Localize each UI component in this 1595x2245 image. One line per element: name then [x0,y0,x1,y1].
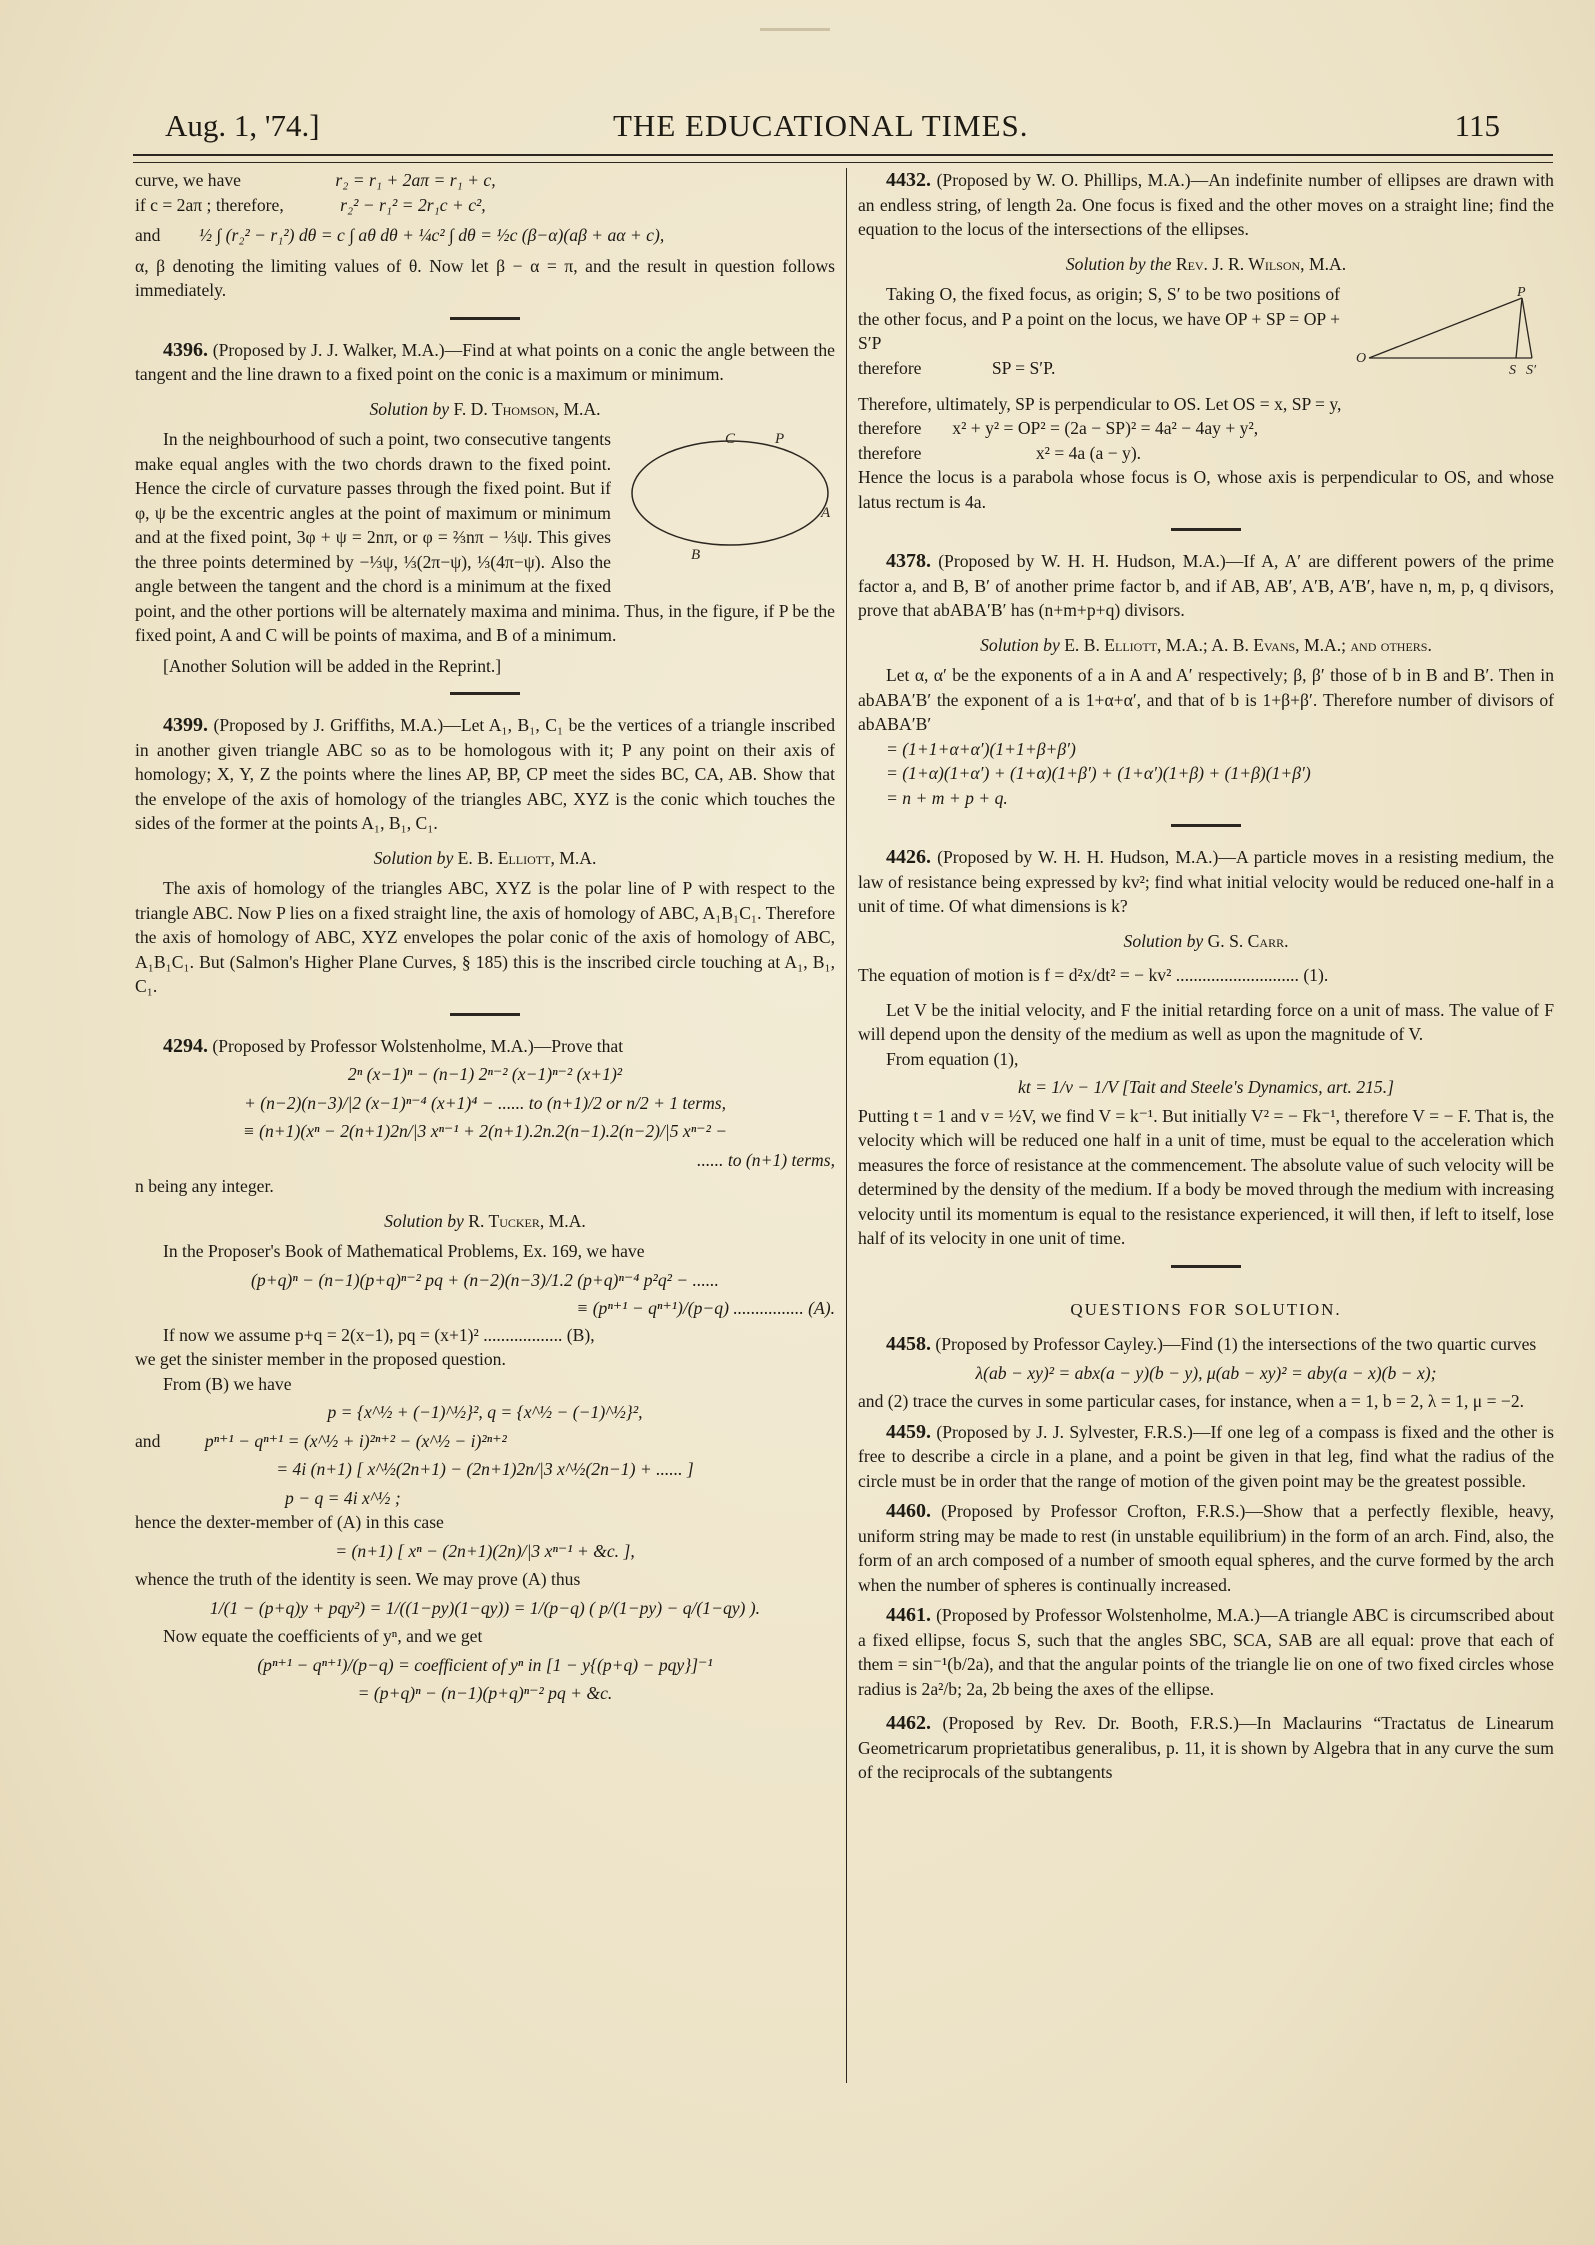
publication-title: THE EDUCATIONAL TIMES. [613,108,1029,144]
solution-text: Therefore, ultimately, SP is perpendicul… [858,392,1554,417]
proposer: (Proposed by Professor Wolstenholme, M.A… [936,1605,1260,1625]
paragraph: α, β denoting the limiting values of θ. … [135,254,835,303]
proposer: (Proposed by W. H. H. Hudson, M.A.) [938,551,1226,571]
continuation-block: curve, we have r₂ = r₁ + 2aπ = r₁ + c, i… [135,168,835,303]
text-line: From (B) we have [135,1372,835,1397]
solution-text: Let V be the initial velocity, and F the… [858,998,1554,1047]
proposer: (Proposed by Professor Cayley.) [935,1334,1163,1354]
equation: p = {x^½ + (−1)^½}², q = {x^½ − (−1)^½}²… [135,1400,835,1425]
reprint-note: [Another Solution will be added in the R… [135,654,835,679]
text-line: whence the truth of the identity is seen… [135,1567,835,1592]
equation: ½ ∫ (r₂² − r₁²) dθ = c ∫ aθ dθ + ¼c² ∫ d… [199,225,664,245]
question-number: 4294. [163,1035,208,1057]
equation: pⁿ⁺¹ − qⁿ⁺¹ = (x^½ + i)²ⁿ⁺² − (x^½ − i)²… [205,1431,507,1451]
solution-text: Hence the locus is a parabola whose focu… [858,465,1554,514]
proposer: (Proposed by W. O. Phillips, M.A.) [937,170,1191,190]
equation: ≡ (n+1)(xⁿ − 2(n+1)2n/|3 xⁿ⁻¹ + 2(n+1).2… [135,1119,835,1144]
triangle-figure: P O S S′ [1354,286,1554,388]
section-rule [1171,1265,1241,1268]
solution-label: Solution by the [1066,254,1172,274]
proposer: (Proposed by J. Griffiths, M.A.) [213,715,443,735]
solution-byline: Solution by E. B. Elliott, M.A. [135,846,835,871]
text-line: curve, we have [135,170,241,190]
text-line: and [135,225,160,245]
page-tear-mark [760,18,830,31]
proposer: (Proposed by W. H. H. Hudson, M.A.) [937,847,1218,867]
question-number: 4462. [886,1712,931,1734]
solution-label: Solution by [369,399,449,419]
column-divider [846,168,847,2083]
equation: = (p+q)ⁿ − (n−1)(p+q)ⁿ⁻² pq + &c. [135,1681,835,1706]
text-line: Now equate the coefficients of yⁿ, and w… [135,1624,835,1649]
solver-name: F. D. Thomson, M.A. [454,399,601,419]
left-column: curve, we have r₂ = r₁ + 2aπ = r₁ + c, i… [135,168,835,1710]
equation: = (n+1) [ xⁿ − (2n+1)(2n)/|3 xⁿ⁻¹ + &c. … [135,1539,835,1564]
proposer: (Proposed by Rev. Dr. Booth, F.R.S.) [943,1713,1239,1733]
text-line: n being any integer. [135,1174,835,1199]
equation: kt = 1/v − 1/V [Tait and Steele's Dynami… [858,1075,1554,1100]
question-number: 4396. [163,339,208,361]
question-number: 4426. [886,846,931,868]
question-number: 4399. [163,714,208,736]
questions-for-solution-heading: QUESTIONS FOR SOLUTION. [858,1298,1554,1323]
page-number: 115 [1455,108,1500,144]
question-4432: 4432. (Proposed by W. O. Phillips, M.A.)… [858,168,1554,514]
label-p: P [774,431,784,447]
solution-label: Solution by [374,848,454,868]
question-number: 4461. [886,1604,931,1626]
label-a: A [820,505,831,521]
section-rule [450,317,520,320]
question-number: 4432. [886,169,931,191]
section-rule [450,692,520,695]
question-4396: 4396. (Proposed by J. J. Walker, M.A.)—F… [135,338,835,679]
equation: (pⁿ⁺¹ − qⁿ⁺¹)/(p−q) = coefficient of yⁿ … [135,1653,835,1678]
question-number: 4459. [886,1421,931,1443]
equation: λ(ab − xy)² = abx(a − y)(b − y), μ(ab − … [858,1361,1554,1386]
equation: (p+q)ⁿ − (n−1)(p+q)ⁿ⁻² pq + (n−2)(n−3)/1… [135,1268,835,1293]
question-number: 4378. [886,550,931,572]
proposer: (Proposed by Professor Wolstenholme, M.A… [212,1036,533,1056]
text-line: From equation (1), [858,1047,1554,1072]
question-number: 4458. [886,1333,931,1355]
solution-label: Solution by [1124,931,1204,951]
question-text: and (2) trace the curves in some particu… [858,1389,1554,1414]
solver-name: E. B. Elliott, M.A.; A. B. Evans, M.A.; … [1064,635,1432,655]
text-line: if c = 2aπ ; therefore, [135,195,284,215]
page-header: Aug. 1, '74.] THE EDUCATIONAL TIMES. 115 [165,108,1550,156]
equation: = n + m + p + q. [886,786,1554,811]
equation: r₂² − r₁² = 2r₁c + c², [340,195,486,215]
proposer: (Proposed by J. J. Sylvester, F.R.S.) [936,1422,1192,1442]
question-4426: 4426. (Proposed by W. H. H. Hudson, M.A.… [858,845,1554,1251]
ellipse-figure: C P A B [625,431,835,573]
solver-name: E. B. Elliott, M.A. [458,848,597,868]
svg-text:S′: S′ [1526,363,1537,378]
question-number: 4460. [886,1500,931,1522]
question-4399: 4399. (Proposed by J. Griffiths, M.A.)—L… [135,713,835,999]
svg-text:P: P [1516,286,1526,300]
svg-text:S: S [1509,363,1516,378]
question-4459: 4459. (Proposed by J. J. Sylvester, F.R.… [858,1420,1554,1494]
solution-text: Let α, α′ be the exponents of a in A and… [858,663,1554,737]
equation: therefore x² + y² = OP² = (2a − SP)² = 4… [858,416,1554,441]
text-line: and [135,1431,160,1451]
equation: 2ⁿ (x−1)ⁿ − (n−1) 2ⁿ⁻² (x−1)ⁿ⁻² (x+1)² [135,1062,835,1087]
issue-date: Aug. 1, '74.] [165,108,320,144]
solver-name: R. Tucker, M.A. [468,1211,586,1231]
text-line: we get the sinister member in the propos… [135,1347,835,1372]
equation: therefore x² = 4a (a − y). [858,441,1554,466]
label-b: B [691,547,700,563]
solution-byline: Solution by G. S. Carr. [858,929,1554,954]
svg-text:O: O [1356,351,1366,366]
proposer: (Proposed by J. J. Walker, M.A.) [213,340,445,360]
question-4458: 4458. (Proposed by Professor Cayley.)—Fi… [858,1332,1554,1414]
solution-text: In the Proposer's Book of Mathematical P… [135,1239,835,1264]
section-rule [1171,528,1241,531]
equation: p − q = 4i x^½ ; [285,1486,835,1511]
equation: r₂ = r₁ + 2aπ = r₁ + c, [335,170,495,190]
header-rule [133,154,1553,163]
equation: + (n−2)(n−3)/|2 (x−1)ⁿ⁻⁴ (x+1)⁴ − ......… [135,1091,835,1116]
solver-name: G. S. Carr. [1208,931,1289,951]
question-4460: 4460. (Proposed by Professor Crofton, F.… [858,1499,1554,1597]
equation-b: If now we assume p+q = 2(x−1), pq = (x+1… [135,1323,835,1348]
question-4462: 4462. (Proposed by Rev. Dr. Booth, F.R.S… [858,1711,1554,1785]
equation-a: ≡ (pⁿ⁺¹ − qⁿ⁺¹)/(p−q) ................ (… [135,1296,835,1321]
solver-name: Rev. J. R. Wilson, M.A. [1176,254,1346,274]
solution-byline: Solution by F. D. Thomson, M.A. [135,397,835,422]
section-rule [1171,824,1241,827]
solution-byline: Solution by E. B. Elliott, M.A.; A. B. E… [858,633,1554,658]
text-line: hence the dexter-member of (A) in this c… [135,1510,835,1535]
solution-byline: Solution by R. Tucker, M.A. [135,1209,835,1234]
question-4294: 4294. (Proposed by Professor Wolstenholm… [135,1034,835,1706]
equation: The equation of motion is f = d²x/dt² = … [858,963,1554,988]
solution-label: Solution by [384,1211,464,1231]
question-text: —Find (1) the intersections of the two q… [1163,1334,1536,1354]
equation: ...... to (n+1) terms, [135,1148,835,1173]
solution-text: The axis of homology of the triangles AB… [135,876,835,999]
proposer: (Proposed by Professor Crofton, F.R.S.) [941,1501,1245,1521]
solution-byline: Solution by the Rev. J. R. Wilson, M.A. [858,252,1554,277]
section-rule [450,1013,520,1016]
equation: 1/(1 − (p+q)y + pqy²) = 1/((1−py)(1−qy))… [135,1596,835,1621]
question-4461: 4461. (Proposed by Professor Wolstenholm… [858,1603,1554,1701]
right-column: 4432. (Proposed by W. O. Phillips, M.A.)… [858,168,1554,1785]
solution-text: Putting t = 1 and v = ½V, we find V = k⁻… [858,1104,1554,1251]
solution-label: Solution by [980,635,1060,655]
question-text: —Prove that [534,1036,623,1056]
equation: = 4i (n+1) [ x^½(2n+1) − (2n+1)2n/|3 x^½… [135,1457,835,1482]
equation: = (1+1+α+α′)(1+1+β+β′) [886,737,1554,762]
label-c: C [725,431,736,447]
question-4378: 4378. (Proposed by W. H. H. Hudson, M.A.… [858,549,1554,810]
equation: = (1+α)(1+α′) + (1+α)(1+β′) + (1+α′)(1+β… [886,761,1554,786]
